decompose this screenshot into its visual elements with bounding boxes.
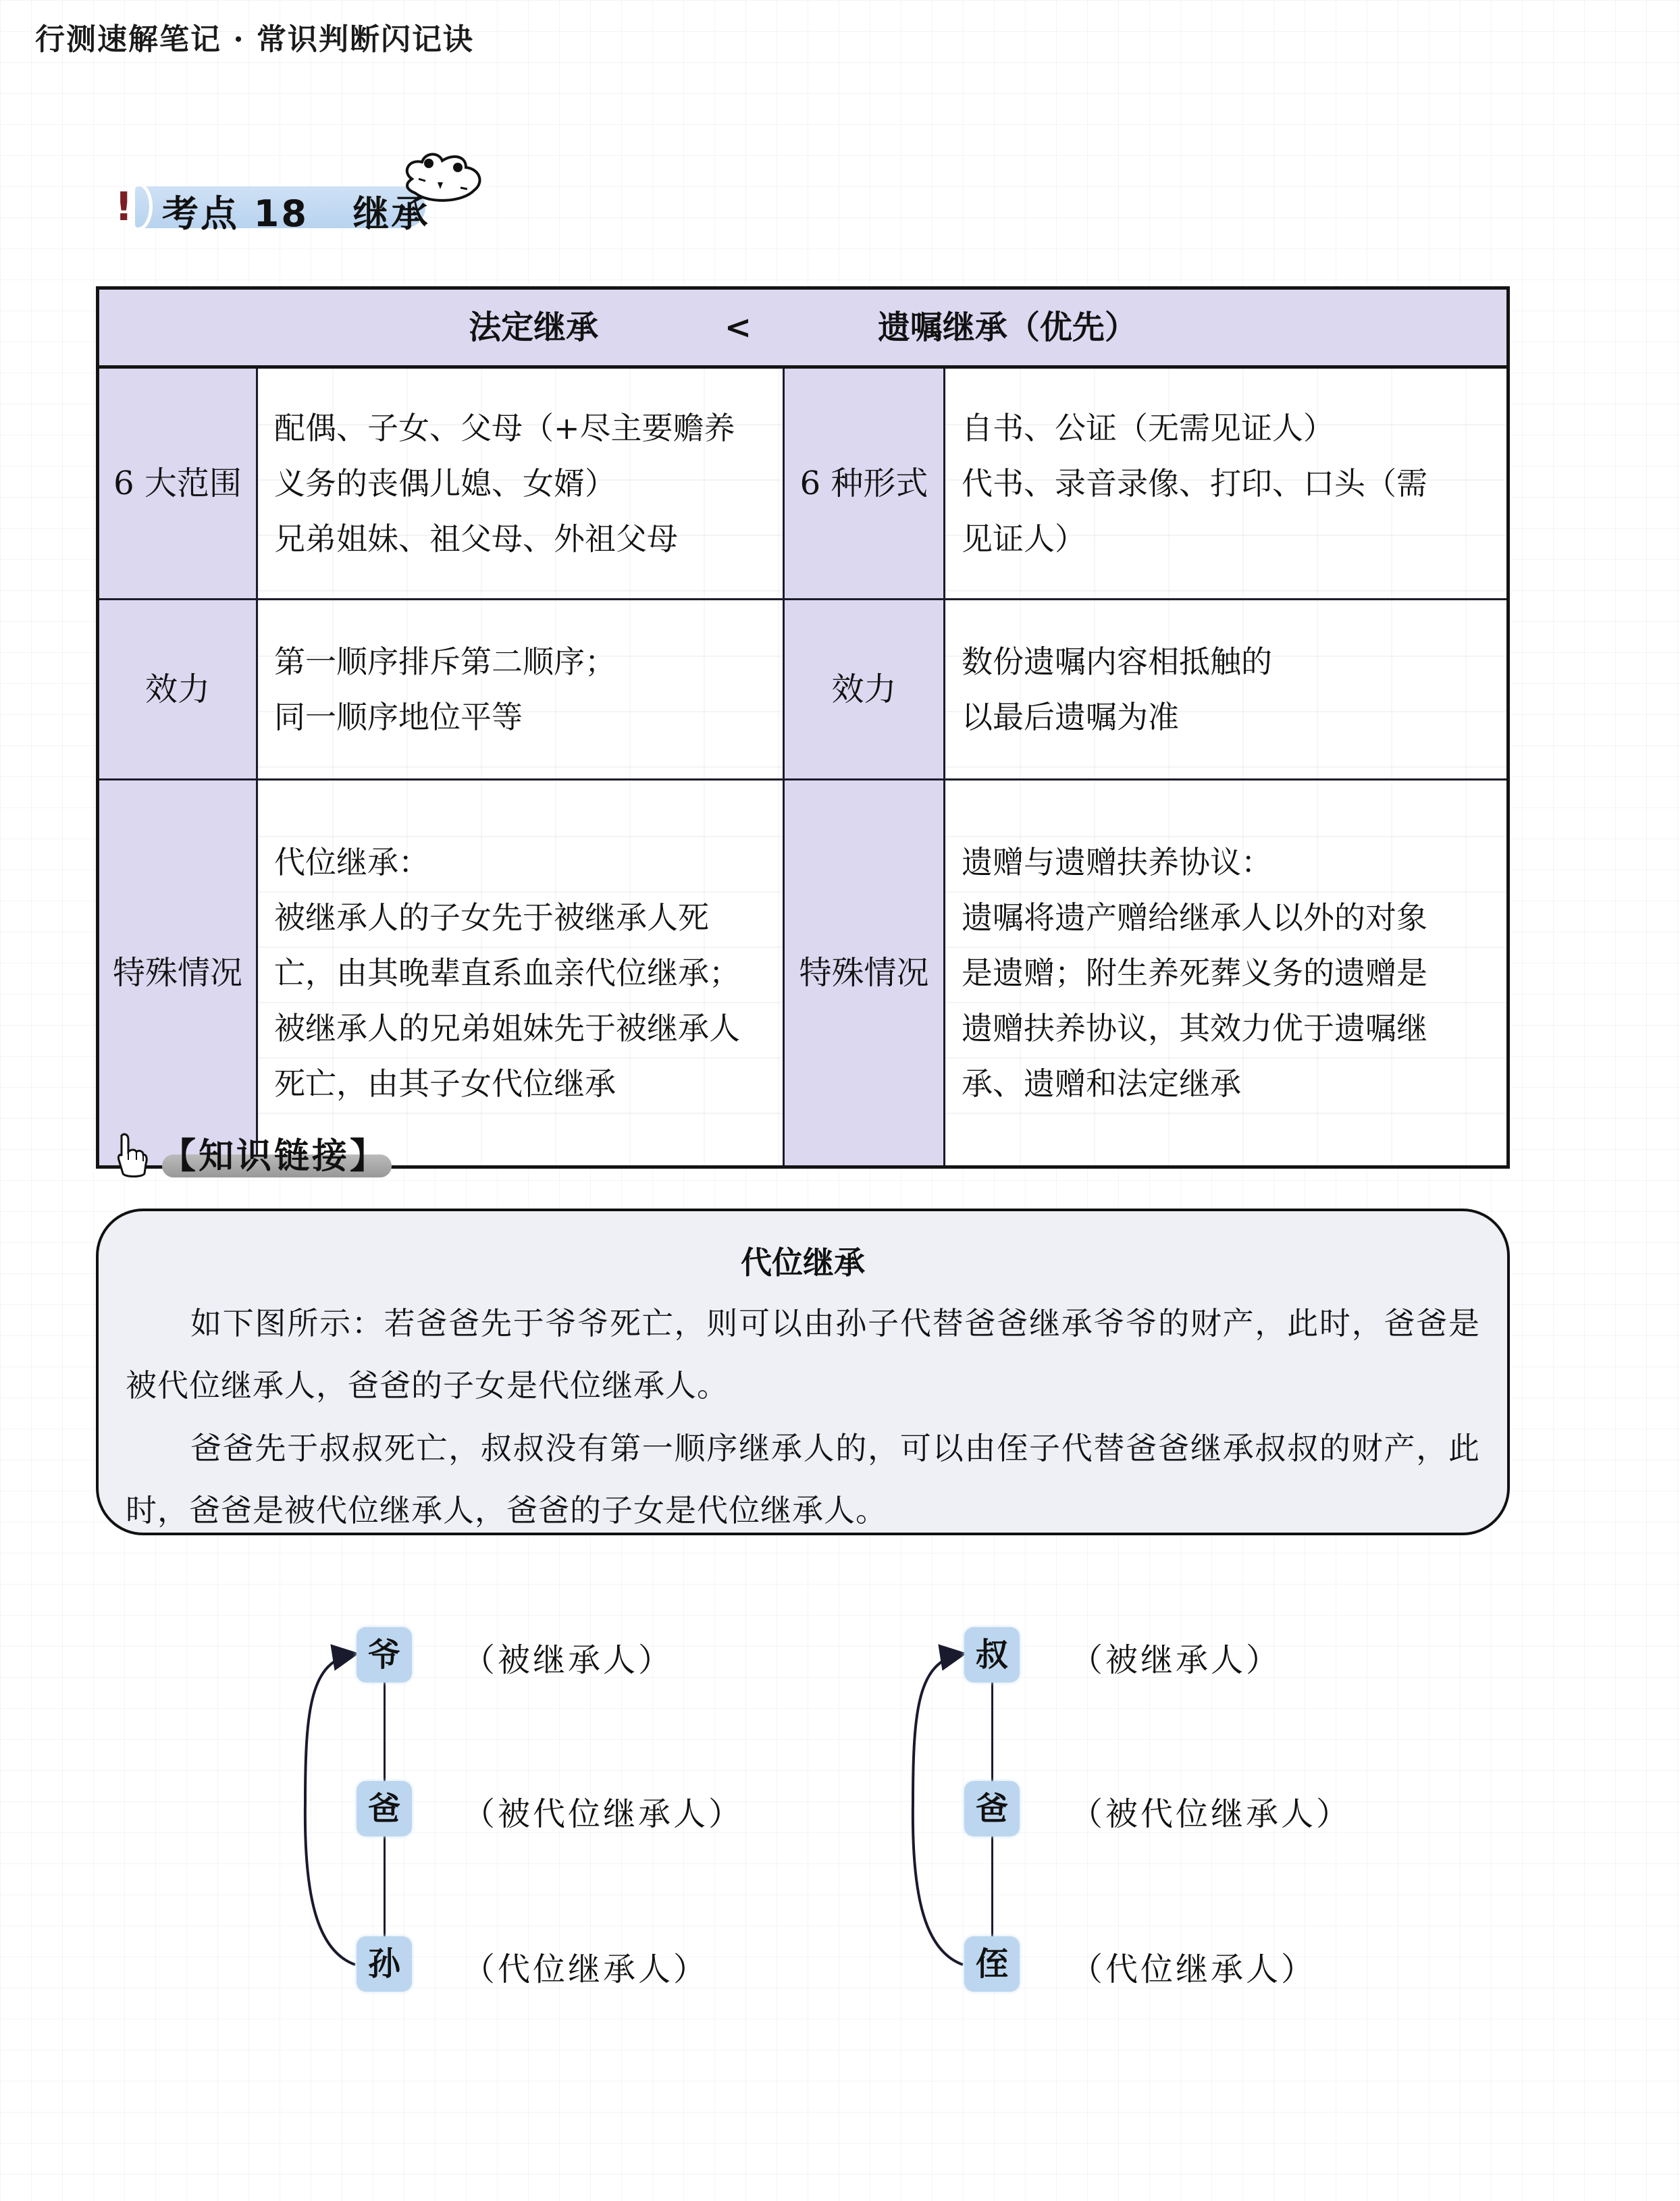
pointing-hand-icon — [115, 1133, 149, 1179]
content-line: 亡，由其晚辈直系血亲代位继承； — [274, 945, 766, 1001]
connector-line — [384, 1682, 386, 1781]
node-uncle: 叔 — [964, 1627, 1020, 1682]
row-label-special: 特殊情况 — [98, 780, 257, 1167]
role-subrogated: （被代位继承人） — [463, 1788, 743, 1834]
node-father: 爸 — [964, 1781, 1020, 1836]
topic-title: 考点 18 继承 — [162, 185, 429, 237]
content-line: 被继承人的子女先于被继承人死 — [274, 890, 766, 945]
role-subrogated: （被代位继承人） — [1070, 1788, 1351, 1834]
inheritance-comparison-table: 法定继承 < 遗嘱继承（优先） 6 大范围 配偶、子女、父母（+尽主要赡养 义务… — [96, 286, 1510, 1169]
content-line: 第一顺序排斥第二顺序； — [274, 634, 766, 689]
row-label-forms: 6 种形式 — [784, 367, 945, 600]
connector-line — [384, 1836, 386, 1936]
role-decedent: （被继承人） — [1070, 1634, 1281, 1680]
table-row: 效力 第一顺序排斥第二顺序； 同一顺序地位平等 效力 数份遗嘱内容相抵触的 以最… — [98, 600, 1508, 780]
header-testamentary-inheritance: 遗嘱继承（优先） — [878, 300, 1137, 355]
content-line: 是遗赠；附生养死葬义务的遗赠是 — [962, 945, 1490, 1001]
table-row: 6 大范围 配偶、子女、父母（+尽主要赡养 义务的丧偶儿媳、女婿） 兄弟姐妹、祖… — [98, 367, 1508, 600]
knowledge-link-label: 【知识链接】 — [161, 1128, 388, 1178]
curved-arrow-icon — [297, 1627, 365, 2005]
role-subrogation-heir: （代位继承人） — [463, 1943, 708, 1990]
content-line: 被继承人的兄弟姐妹先于被继承人 — [274, 1001, 766, 1056]
content-line: 同一顺序地位平等 — [274, 689, 766, 745]
info-paragraph: 如下图所示：若爸爸先于爷爷死亡，则可以由孙子代替爸爸继承爷爷的财产，此时，爸爸是… — [126, 1292, 1480, 1416]
row-label-scope: 6 大范围 — [98, 367, 257, 600]
will-effect-content: 数份遗嘱内容相抵触的 以最后遗嘱为准 — [945, 600, 1508, 780]
content-line: 代位继承： — [274, 834, 766, 890]
curved-arrow-icon — [905, 1627, 972, 2005]
content-line: 遗赠扶养协议，其效力优于遗嘱继 — [962, 1001, 1490, 1056]
subrogation-info-box: 代位继承 如下图所示：若爸爸先于爷爷死亡，则可以由孙子代替爸爸继承爷爷的财产，此… — [96, 1209, 1510, 1535]
subrogation-diagram-grandfather: 爷 爸 孙 （被继承人） （被代位继承人） （代位继承人） — [297, 1627, 905, 2032]
statutory-special-content: 代位继承： 被继承人的子女先于被继承人死 亡，由其晚辈直系血亲代位继承； 被继承… — [257, 780, 784, 1167]
content-line: 以最后遗嘱为准 — [962, 689, 1490, 745]
node-father: 爸 — [357, 1781, 412, 1836]
header-less-than: < — [725, 300, 752, 355]
content-line: 见证人） — [962, 511, 1490, 566]
content-line: 配偶、子女、父母（+尽主要赡养 — [274, 400, 766, 456]
role-subrogation-heir: （代位继承人） — [1070, 1943, 1316, 1990]
info-paragraph: 爸爸先于叔叔死亡，叔叔没有第一顺序继承人的，可以由侄子代替爸爸继承叔叔的财产，此… — [126, 1417, 1480, 1541]
row-label-effect: 效力 — [98, 600, 257, 780]
statutory-scope-content: 配偶、子女、父母（+尽主要赡养 义务的丧偶儿媳、女婿） 兄弟姐妹、祖父母、外祖父… — [257, 367, 784, 600]
content-line: 代书、录音录像、打印、口头（需 — [962, 456, 1490, 511]
subrogation-diagram-uncle: 叔 爸 侄 （被继承人） （被代位继承人） （代位继承人） — [905, 1627, 1513, 2032]
statutory-effect-content: 第一顺序排斥第二顺序； 同一顺序地位平等 — [257, 600, 784, 780]
header-statutory-inheritance: 法定继承 — [469, 300, 598, 355]
content-line: 承、遗赠和法定继承 — [962, 1056, 1490, 1111]
node-grandson: 孙 — [357, 1936, 412, 1992]
node-grandfather: 爷 — [357, 1627, 412, 1682]
content-line: 自书、公证（无需见证人） — [962, 400, 1490, 456]
content-line: 遗嘱将遗产赠给继承人以外的对象 — [962, 890, 1490, 945]
running-header: 行测速解笔记 · 常识判断闪记诀 — [35, 15, 474, 58]
table-header: 法定继承 < 遗嘱继承（优先） — [98, 288, 1508, 367]
exclamation-icon: ! — [115, 185, 135, 228]
content-line: 死亡，由其子女代位继承 — [274, 1056, 766, 1111]
content-line: 兄弟姐妹、祖父母、外祖父母 — [274, 511, 766, 566]
connector-line — [991, 1836, 993, 1936]
will-special-content: 遗赠与遗赠扶养协议： 遗嘱将遗产赠给继承人以外的对象 是遗赠；附生养死葬义务的遗… — [945, 780, 1508, 1167]
connector-line — [991, 1682, 993, 1781]
content-line: 数份遗嘱内容相抵触的 — [962, 634, 1490, 689]
topic-banner: ! 考点 18 继承 — [108, 182, 439, 230]
info-box-title: 代位继承 — [99, 1238, 1507, 1283]
frog-mascot-icon — [398, 149, 486, 209]
will-forms-content: 自书、公证（无需见证人） 代书、录音录像、打印、口头（需 见证人） — [945, 367, 1508, 600]
content-line: 遗赠与遗赠扶养协议： — [962, 834, 1490, 890]
node-nephew: 侄 — [964, 1936, 1020, 1992]
role-decedent: （被继承人） — [463, 1634, 673, 1680]
table-row: 特殊情况 代位继承： 被继承人的子女先于被继承人死 亡，由其晚辈直系血亲代位继承… — [98, 780, 1508, 1167]
row-label-effect-will: 效力 — [784, 600, 945, 780]
content-line: 义务的丧偶儿媳、女婿） — [274, 456, 766, 511]
knowledge-link-heading: 【知识链接】 — [115, 1128, 398, 1182]
row-label-special-will: 特殊情况 — [784, 780, 945, 1167]
